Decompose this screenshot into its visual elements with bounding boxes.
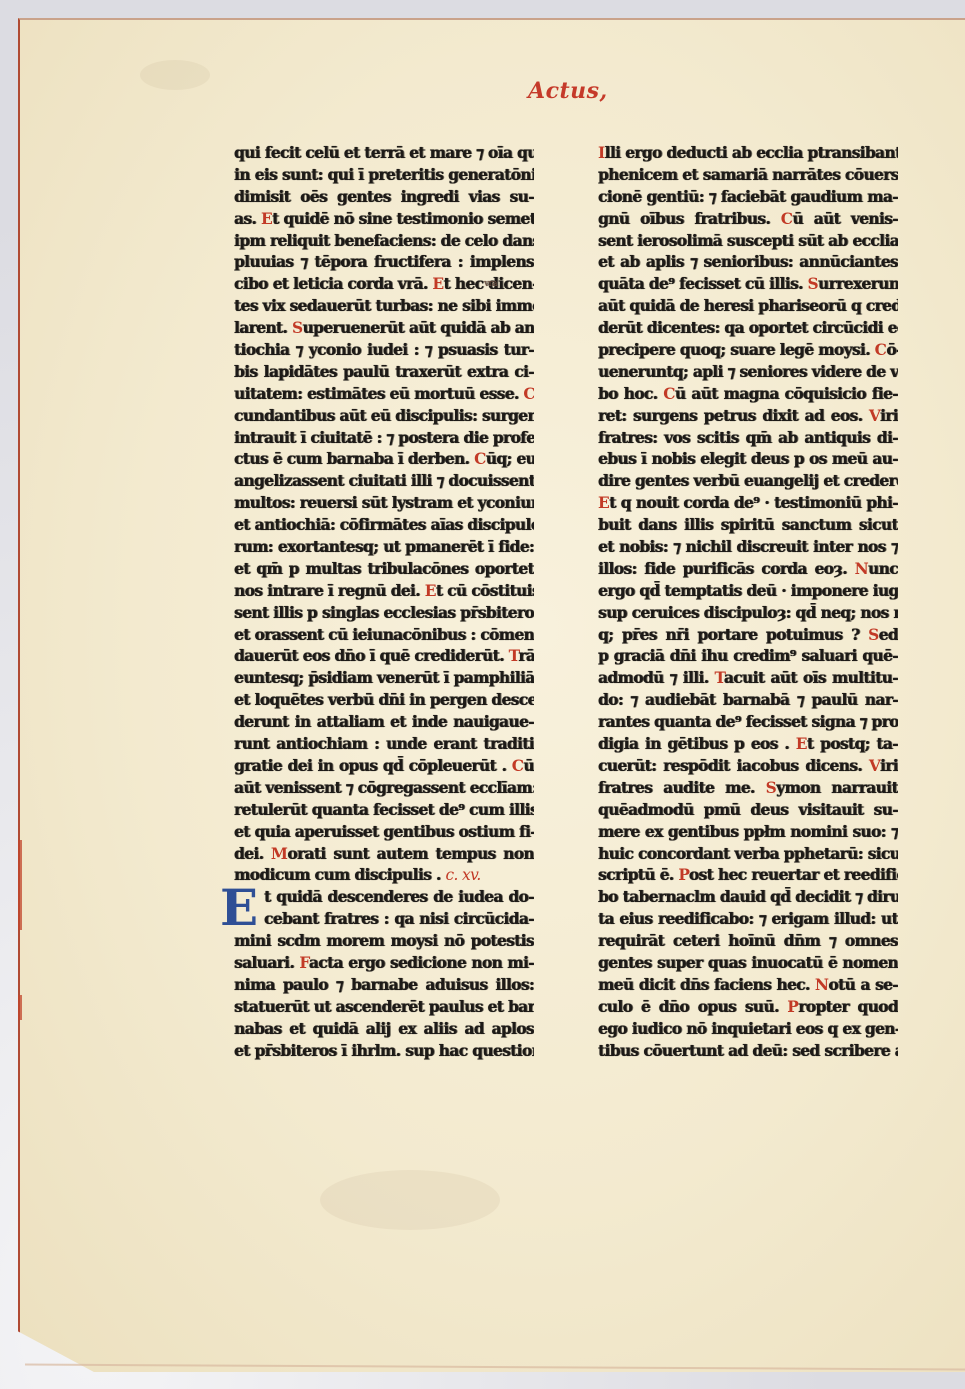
text-line: dimisit oēs gentes ingredi vias su- — [234, 187, 534, 209]
text-line: dei. Morati sunt autem tempus non — [234, 844, 534, 866]
text-line: ipm reliquit benefaciens: de celo dans — [234, 231, 534, 253]
text-line: derunt in attaliam et inde nauigaue- — [234, 712, 534, 734]
red-edge-mark — [18, 840, 22, 930]
text-line: ego iudico nō inquietari eos q ex gen- — [598, 1019, 898, 1041]
text-line: cionē gentiū: ⁊ faciebāt gaudium ma- — [598, 187, 898, 209]
text-line: huic concordant verba pphetarū: sicut — [598, 844, 898, 866]
chapter-marker: c. xv. — [445, 866, 480, 884]
right-column-lines: Illi ergo deducti ab ecclia ptransibantp… — [598, 143, 898, 1062]
text-line: ret: surgens petrus dixit ad eos. Viri — [598, 406, 898, 428]
rubricated-initial: V — [869, 407, 880, 425]
rubricated-initial: C — [512, 757, 524, 775]
text-line: retulerūt quanta fecisset de⁹ cum illis: — [234, 800, 534, 822]
text-line: sent ierosolimā suscepti sūt ab ecclia — [598, 231, 898, 253]
right-text-column: Illi ergo deducti ab ecclia ptransibantp… — [598, 143, 898, 1062]
text-line: et quia aperuisset gentibus ostium fi- — [234, 822, 534, 844]
text-line: digia in gētibus p eos . Et postq; ta- — [598, 734, 898, 756]
text-line: larent. Superuenerūt aūt quidā ab an- — [234, 318, 534, 340]
text-line: saluari. Facta ergo sedicione non mi- — [234, 953, 534, 975]
text-line: tibus cōuertunt ad deū: sed scribere ad — [598, 1041, 898, 1063]
red-edge-mark — [18, 995, 22, 1020]
rubricated-initial: C — [523, 385, 534, 403]
text-line: qui fecit celū et terrā et mare ⁊ oīa qu… — [234, 143, 534, 165]
text-line: Illi ergo deducti ab ecclia ptransibant — [598, 143, 898, 165]
text-line: ctus ē cum barnaba ī derben. Cūq; eu- — [234, 449, 534, 471]
text-line: nima paulo ⁊ barnabe aduisus illos: — [234, 975, 534, 997]
rubricated-initial: S — [292, 319, 303, 337]
page-stain — [320, 1170, 500, 1230]
text-line: Et q nouit corda de⁹ · testimoniū phi- — [598, 493, 898, 515]
text-line: aūt quidā de heresi phariseorū q credi- — [598, 296, 898, 318]
rubricated-initial: E — [796, 735, 807, 753]
rubricated-initial: S — [766, 779, 777, 797]
rubricated-initial: E — [432, 275, 443, 293]
rubricated-initial: N — [815, 976, 828, 994]
rubricated-initial: M — [271, 845, 287, 863]
text-line: bo hoc. Cū aūt magna cōquisicio fie- — [598, 384, 898, 406]
text-line: et loquētes verbū dn̄i in pergen descen- — [234, 690, 534, 712]
text-line: uitatem: estimātes eū mortuū esse. Cir- — [234, 384, 534, 406]
text-line: aūt venissent ⁊ cōgregassent ecclīam: — [234, 778, 534, 800]
text-line: et pr̄sbiteros ī ihrlm. sup hac question… — [234, 1041, 534, 1063]
text-line: cundantibus aūt eū discipulis: surgens — [234, 406, 534, 428]
chapter-xv-lines: t quidā descenderes de iudea do-cebant f… — [234, 887, 534, 1062]
text-line: ergo qd̄ temptatis deū · imponere iugū — [598, 581, 898, 603]
rubricated-initial: C — [663, 385, 675, 403]
text-line: bis lapidātes paulū traxerūt extra ci- — [234, 362, 534, 384]
text-line: sup ceruices discipuloȝ: qd̄ neq; nos ne… — [598, 603, 898, 625]
text-line: scriptū ē. Post hec reuertar et reedific… — [598, 865, 898, 887]
rubricated-initial: N — [855, 560, 868, 578]
text-line: tiochia ⁊ yconio iudei : ⁊ psuasis tur- — [234, 340, 534, 362]
rubricated-initial: S — [868, 626, 879, 644]
rubricated-initial: T — [714, 669, 723, 687]
text-line: do: ⁊ audiebāt barnabā ⁊ paulū nar- — [598, 690, 898, 712]
text-line: nos intrare ī regnū dei. Et cū cōstituis… — [234, 581, 534, 603]
text-line: et qm̄ p multas tribulacōnes oportet — [234, 559, 534, 581]
text-line: rum: exortantesq; ut pmanerēt ī fide: — [234, 537, 534, 559]
text-line: bo tabernaclm dauid qd̄ decidit ⁊ diru- — [598, 887, 898, 909]
text-line: in eis sunt: qui ī preteritis generatōni… — [234, 165, 534, 187]
text-line: euntesq; p̄sidiam venerūt ī pamphiliā: — [234, 668, 534, 690]
left-text-column: qui fecit celū et terrā et mare ⁊ oīa qu… — [234, 143, 534, 1062]
text-line: et antiochiā: cōfirmātes aīas discipulo- — [234, 515, 534, 537]
rubricated-initial: T — [509, 647, 519, 665]
rubricated-initial: F — [299, 954, 309, 972]
rubricated-initial: C — [875, 341, 887, 359]
page-stain — [140, 60, 210, 90]
rubricated-initial: C — [474, 450, 486, 468]
marginal-note: vra — [484, 274, 497, 296]
running-head: Actus, — [528, 78, 608, 104]
text-line: admodū ⁊ illi. Tacuit aūt oīs multitu- — [598, 668, 898, 690]
text-line: sent illis p singlas ecclesias pr̄sbiter… — [234, 603, 534, 625]
text-line: requirāt ceteri hoīnū dn̄m ⁊ omnes — [598, 931, 898, 953]
text-line: culo ē dn̄o opus suū. Propter quod — [598, 997, 898, 1019]
text-line: fratres: vos scitis qm̄ ab antiquis di- — [598, 428, 898, 450]
text-line: t quidā descenderes de iudea do- — [234, 887, 534, 909]
text-line: et ab aplis ⁊ senioribus: annūciantes — [598, 252, 898, 274]
text-line: gentes super quas inuocatū ē nomen — [598, 953, 898, 975]
text-line: fratres audite me. Symon narrauit — [598, 778, 898, 800]
blue-initial-letter: E — [220, 886, 256, 930]
text-line: precipere quoq; suare legē moysi. Cō- — [598, 340, 898, 362]
text-line: multos: reuersi sūt lystram et yconium — [234, 493, 534, 515]
text-line: gnū oībus fratribus. Cū aūt venis- — [598, 209, 898, 231]
text-line: illos: fide purificās corda eoȝ. Nunc — [598, 559, 898, 581]
text-line: p graciā dn̄i ihu credim⁹ saluari quē- — [598, 646, 898, 668]
text-line: ebus ī nobis elegit deus p os meū au- — [598, 449, 898, 471]
text-line: dauerūt eos dn̄o ī quē crediderūt. Trāſ- — [234, 646, 534, 668]
chapter-xv-block: E t quidā descenderes de iudea do-cebant… — [234, 887, 534, 1062]
text-line: ueneruntq; apli ⁊ seniores videre de ver… — [598, 362, 898, 384]
rubricated-initial: E — [425, 582, 436, 600]
text-line: dire gentes verbū euangelij et credere. — [598, 471, 898, 493]
text-line: statuerūt ut ascenderēt paulus et bar- — [234, 997, 534, 1019]
text-line: angelizassent ciuitati illi ⁊ docuissent — [234, 471, 534, 493]
text-line: phenicem et samariā narrātes cōuersa- — [598, 165, 898, 187]
rubricated-initial: C — [781, 210, 793, 228]
text-line: mini scdm morem moysi nō potestis — [234, 931, 534, 953]
text-line: tes vix sedauerūt turbas: ne sibi immo- — [234, 296, 534, 318]
rubricated-initial: S — [808, 275, 819, 293]
text-line: ta eius reedificabo: ⁊ erigam illud: ut — [598, 909, 898, 931]
text-line: as. Et quidē nō sine testimonio semet- — [234, 209, 534, 231]
chapter-end-text: modicum cum discipulis . — [234, 866, 441, 884]
rubricated-initial: P — [678, 866, 689, 884]
text-line: nabas et quidā alij ex aliis ad aplos — [234, 1019, 534, 1041]
text-line-with-chapter-marker: modicum cum discipulis . c. xv. — [234, 865, 534, 887]
text-line: runt antiochiam : unde erant traditi — [234, 734, 534, 756]
text-line: quāta de⁹ fecisset cū illis. Surrexerunt — [598, 274, 898, 296]
text-line: derūt dicentes: qa oportet circūcidi eos… — [598, 318, 898, 340]
text-line: quēadmodū pmū deus visitauit su- — [598, 800, 898, 822]
text-line: rantes quanta de⁹ fecisset signa ⁊ pro- — [598, 712, 898, 734]
rubricated-initial: V — [869, 757, 880, 775]
text-line: gratie dei in opus qd̄ cōpleuerūt . Cū — [234, 756, 534, 778]
text-line: q; pr̄es nr̄i portare potuimus ? Sed — [598, 625, 898, 647]
rubricated-initial: P — [787, 998, 798, 1016]
text-line: et nobis: ⁊ nichil discreuit inter nos ⁊ — [598, 537, 898, 559]
text-line: et orassent cū ieiunacōnibus : cōmen- — [234, 625, 534, 647]
rubricated-initial: E — [261, 210, 272, 228]
text-line: pluuias ⁊ tēpora fructifera : implens — [234, 252, 534, 274]
text-line: meū dicit dn̄s faciens hec. Notū a se- — [598, 975, 898, 997]
rubricated-initial: E — [598, 494, 609, 512]
text-line: intrauit ī ciuitatē : ⁊ postera die prof… — [234, 428, 534, 450]
rubricated-initial: I — [598, 144, 605, 162]
text-line: mere ex gentibus ppłm nomini suo: ⁊ — [598, 822, 898, 844]
text-line: cuerūt: respōdit iacobus dicens. Viri — [598, 756, 898, 778]
text-line: buit dans illis spiritū sanctum sicut — [598, 515, 898, 537]
left-column-lines: qui fecit celū et terrā et mare ⁊ oīa qu… — [234, 143, 534, 865]
text-line: cebant fratres : qa nisi circūcida- — [234, 909, 534, 931]
